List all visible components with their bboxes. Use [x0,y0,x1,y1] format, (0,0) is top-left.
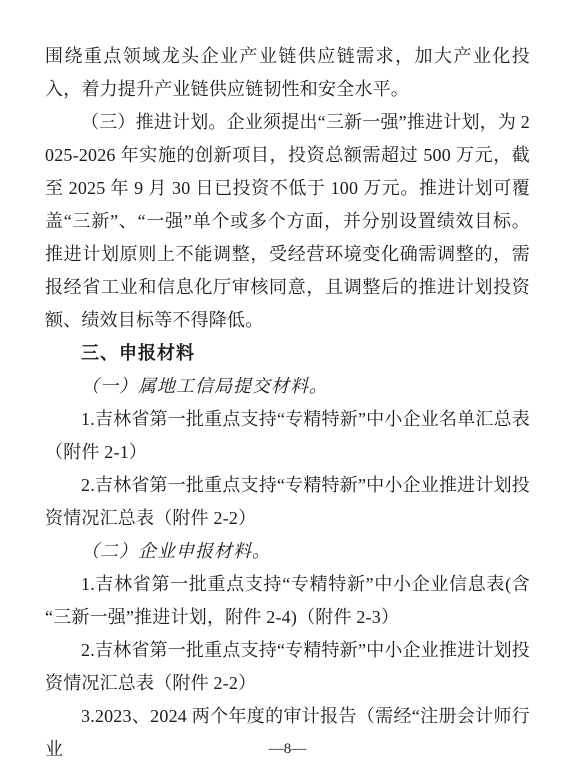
subsection-heading-enterprise-materials: （二）企业申报材料。 [45,535,530,568]
section-heading-application-materials: 三、申报材料 [45,337,530,370]
list-item-1-name-summary-table: 1.吉林省第一批重点支持“专精特新”中小企业名单汇总表（附件 2-1） [45,403,530,469]
list-item-2-investment-summary-table-repeat: 2.吉林省第一批重点支持“专精特新”中小企业推进计划投资情况汇总表（附件 2-2… [45,634,530,700]
list-item-1-enterprise-info-table: 1.吉林省第一批重点支持“专精特新”中小企业信息表(含“三新一强”推进计划，附件… [45,568,530,634]
document-body: 围绕重点领域龙头企业产业链供应链需求，加大产业化投入，着力提升产业链供应链韧性和… [45,40,530,766]
document-page: 围绕重点领域龙头企业产业链供应链需求，加大产业化投入，着力提升产业链供应链韧性和… [0,0,575,777]
paragraph-section-3-plan: （三）推进计划。企业须提出“三新一强”推进计划，为 2025-2026 年实施的… [45,106,530,337]
paragraph-continuation: 围绕重点领域龙头企业产业链供应链需求，加大产业化投入，着力提升产业链供应链韧性和… [45,40,530,106]
list-item-2-investment-summary-table: 2.吉林省第一批重点支持“专精特新”中小企业推进计划投资情况汇总表（附件 2-2… [45,469,530,535]
subsection-heading-local-bureau-materials: （一）属地工信局提交材料。 [45,370,530,403]
page-number: —8— [0,739,575,759]
